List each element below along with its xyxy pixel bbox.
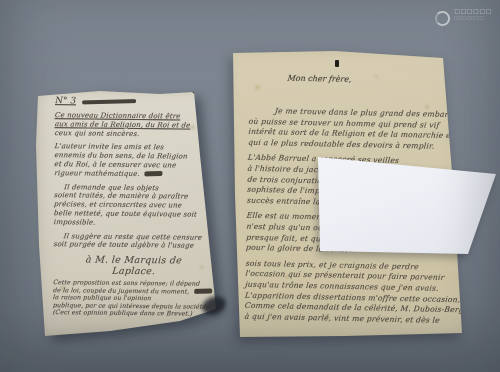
blank-card (314, 153, 500, 263)
handwritten-line: Laplace. (53, 265, 215, 278)
pin-hole-mark (335, 60, 339, 67)
handwritten-line: (Ceci est opinion publique dans ce Breve… (53, 309, 215, 318)
document-number: N° 3 (55, 96, 76, 106)
salutation: Mon cher frère, (287, 74, 464, 87)
ink-blot-icon (191, 87, 204, 98)
handwritten-line: impossible. (53, 218, 215, 228)
ink-scribble-icon (82, 99, 136, 104)
ring-logo-icon (435, 11, 450, 26)
handwritten-line: ceux qui sont sincères. (54, 129, 216, 139)
photo-background: N° 3 Ce nouveau Dictionnaire doit êtreau… (0, 0, 500, 372)
document-number-heading: N° 3 (55, 96, 216, 108)
watermark: □□□□□□ □□□□□□□ (435, 9, 492, 26)
handwritten-line: rigueur mathématique. (54, 169, 216, 179)
left-doc-footer: Cette proposition est sans réponse; il d… (53, 279, 214, 318)
left-doc-content: N° 3 Ce nouveau Dictionnaire doit êtreau… (53, 96, 216, 318)
left-doc-body: Ce nouveau Dictionnaire doit êtreaux ami… (54, 111, 216, 251)
left-manuscript-paper: N° 3 Ce nouveau Dictionnaire doit êtreau… (30, 85, 225, 343)
left-manuscript: N° 3 Ce nouveau Dictionnaire doit êtreau… (30, 85, 225, 343)
watermark-text: □□□□□□ □□□□□□□ (454, 9, 492, 20)
blank-card-overlay (314, 153, 500, 263)
handwritten-line: soit purgée de toute algèbre à l'usage (53, 241, 215, 251)
watermark-text-line2: □□□□□□□ (454, 16, 492, 21)
left-doc-address: à M. le Marquis deLaplace. (53, 254, 214, 278)
